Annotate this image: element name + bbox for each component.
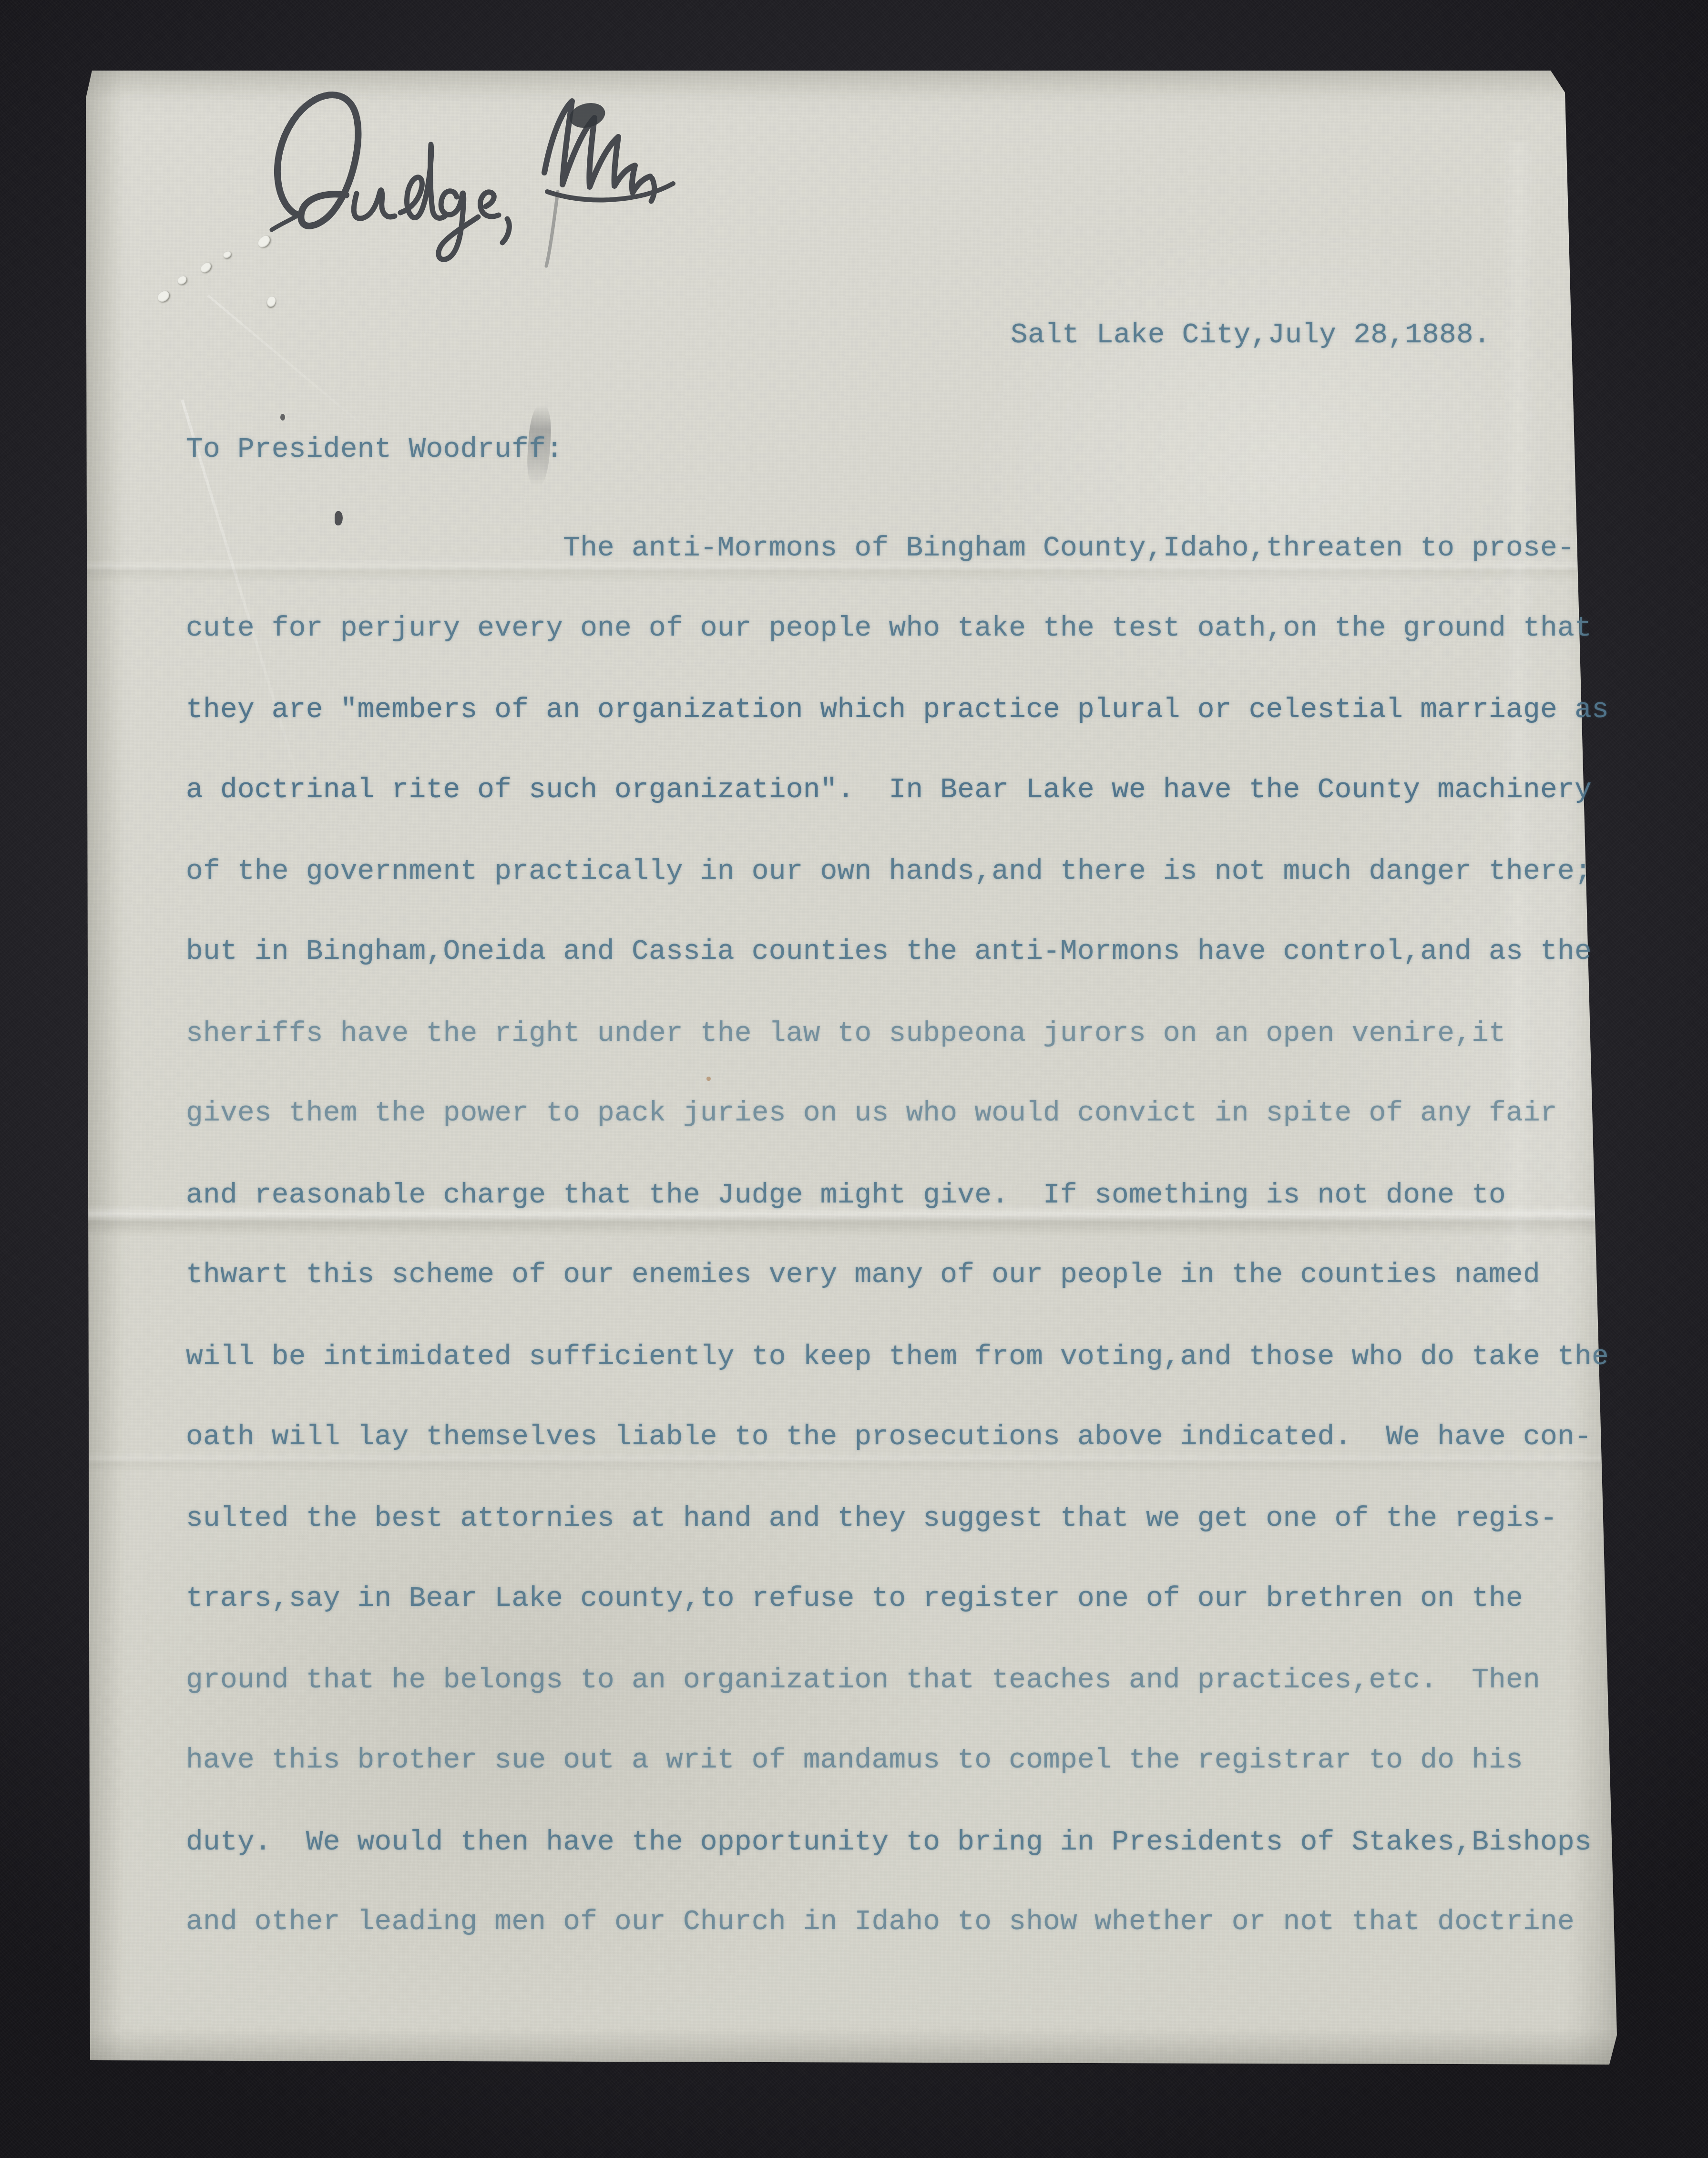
paper-crease (207, 295, 399, 456)
body-line: gives them the power to pack juries on u… (186, 1097, 1557, 1129)
body-line: will be intimidated sufficiently to keep… (186, 1340, 1609, 1373)
body-line: thwart this scheme of our enemies very m… (186, 1258, 1540, 1291)
body-line: a doctrinal rite of such organization". … (186, 773, 1592, 806)
body-line: sheriffs have the right under the law to… (186, 1017, 1506, 1049)
paper-crease (1499, 142, 1537, 1310)
body-line: and reasonable charge that the Judge mig… (186, 1179, 1506, 1211)
body-line: cute for perjury every one of our people… (186, 612, 1592, 644)
body-line: sulted the best attornies at hand and th… (186, 1502, 1557, 1534)
body-line: duty. We would then have the opportunity… (186, 1826, 1592, 1858)
dateline: Salt Lake City,July 28,1888. (1011, 319, 1491, 351)
handwritten-annotation: Budge, Wm (0, 0, 0, 0)
body-line: ground that he belongs to an organizatio… (186, 1664, 1540, 1696)
body-line: they are "members of an organization whi… (186, 693, 1609, 726)
body-line: trars,say in Bear Lake county,to refuse … (186, 1582, 1523, 1614)
body-line: The anti-Mormons of Bingham County,Idaho… (186, 532, 1575, 564)
photo-mount-background: Budge, Wm Salt Lake City,July 28,1888. T… (0, 0, 1708, 2158)
ink-speck (280, 414, 285, 421)
rust-speck (706, 1077, 711, 1081)
body-line: and other leading men of our Church in I… (186, 1905, 1575, 1938)
salutation: To President Woodruff: (186, 433, 563, 465)
body-line: but in Bingham,Oneida and Cassia countie… (186, 935, 1592, 967)
handwritten-annotation-icon (253, 72, 729, 277)
body-line: have this brother sue out a writ of mand… (186, 1744, 1523, 1776)
body-line: of the government practically in our own… (186, 855, 1592, 887)
body-line: oath will lay themselves liable to the p… (186, 1420, 1592, 1453)
